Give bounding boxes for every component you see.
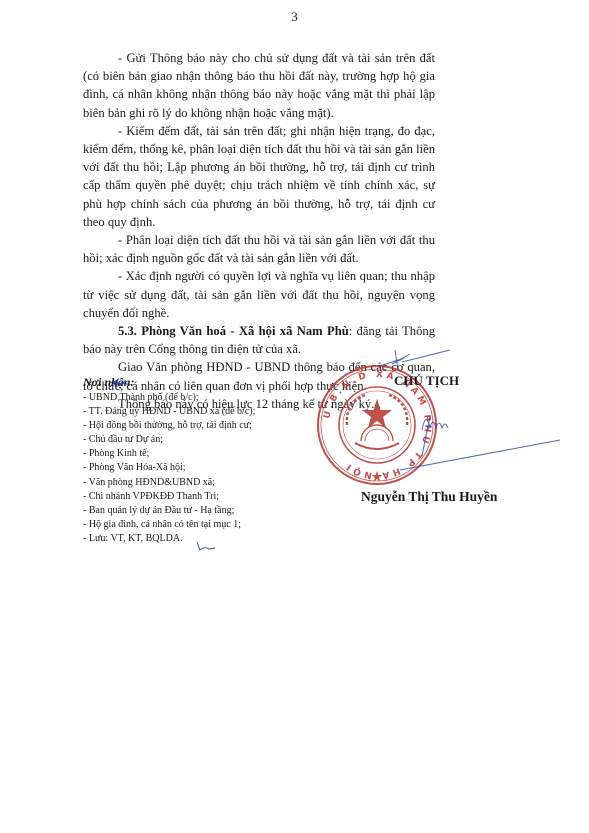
recipient-item: - Lưu: VT, KT, BQLDA. (83, 532, 333, 546)
paragraph-text: - Phân loại diện tích đất thu hồi và tài… (83, 233, 435, 265)
paragraph: - Phân loại diện tích đất thu hồi và tài… (83, 231, 435, 267)
recipient-item: - Phòng Văn Hóa-Xã hội; (83, 461, 333, 475)
recipient-item: - Hội đồng bồi thường, hỗ trợ, tái định … (83, 419, 333, 433)
signer-name: Nguyễn Thị Thu Huyền (361, 489, 497, 505)
signer-title: CHỦ TỊCH (394, 373, 459, 389)
paragraph: - Kiểm đếm đất, tài sản trên đất; ghi nh… (83, 122, 435, 231)
recipient-item: - TT. Đảng uỷ HĐND - UBND xã (để b/c); (83, 405, 333, 419)
recipient-item: - Ban quản lý dự án Đầu tư - Hạ tầng; (83, 504, 333, 518)
recipients-block: Nơi nhận: - UBND Thành phố (để b/c);- TT… (83, 375, 333, 546)
recipient-item: - Chi nhánh VPĐKĐĐ Thanh Trì; (83, 490, 333, 504)
recipient-item: - Chủ đầu tư Dự án; (83, 433, 333, 447)
paragraph: - Xác định người có quyền lợi và nghĩa v… (83, 267, 435, 322)
paragraph-text: - Kiểm đếm đất, tài sản trên đất; ghi nh… (83, 124, 435, 229)
paragraph-text: - Gửi Thông báo này cho chủ sử dụng đất … (83, 51, 435, 120)
paragraph: - Gửi Thông báo này cho chủ sử dụng đất … (83, 49, 435, 122)
recipient-item: - Hộ gia đình, cá nhân có tên tại mục 1; (83, 518, 333, 532)
document-body: - Gửi Thông báo này cho chủ sử dụng đất … (83, 49, 435, 413)
recipients-list: - UBND Thành phố (để b/c);- TT. Đảng uỷ … (83, 391, 333, 546)
paragraph-text: - Xác định người có quyền lợi và nghĩa v… (83, 269, 435, 319)
recipient-item: - Phòng Kinh tế; (83, 447, 333, 461)
paragraph: 5.3. Phòng Văn hoá - Xã hội xã Nam Phù: … (83, 322, 435, 358)
recipient-item: - Văn phòng HĐND&UBND xã; (83, 476, 333, 490)
recipient-item: - UBND Thành phố (để b/c); (83, 391, 333, 405)
page-number: 3 (0, 9, 589, 25)
recipients-title: Nơi nhận: (83, 375, 333, 390)
section-heading: 5.3. Phòng Văn hoá - Xã hội xã Nam Phù (118, 324, 349, 338)
